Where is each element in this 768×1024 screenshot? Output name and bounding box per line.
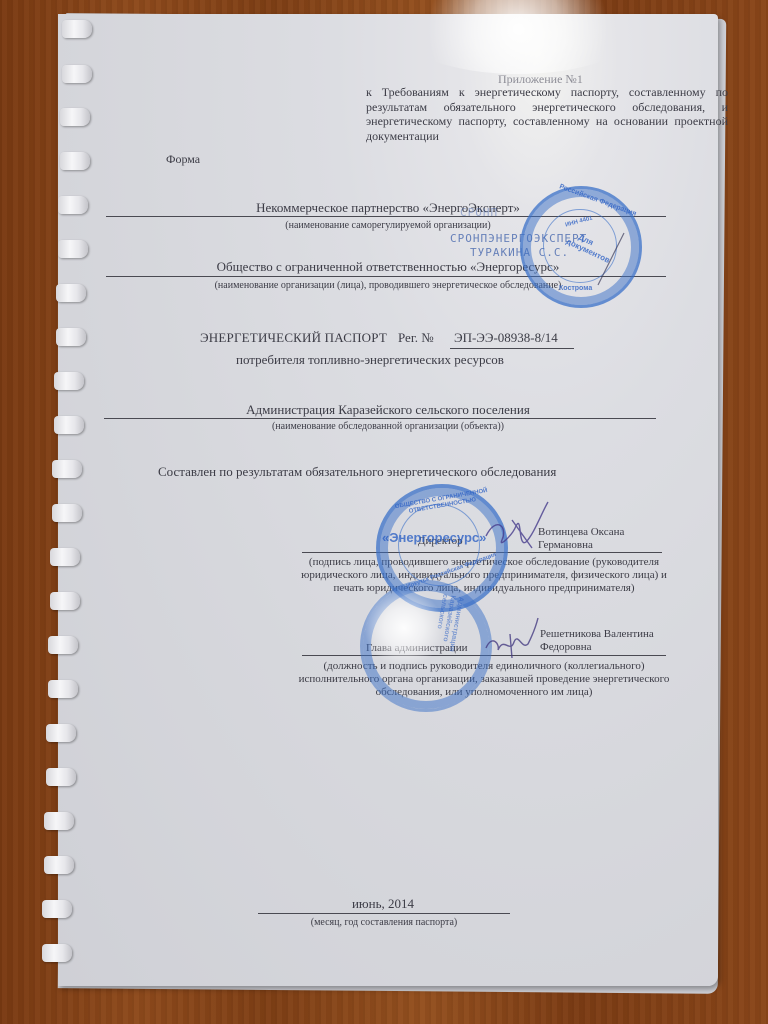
date-caption: (месяц, год составления паспорта) <box>258 917 510 928</box>
sro-seal-imprint-line1: СРОНП <box>460 206 498 219</box>
auditor-signature <box>482 496 552 556</box>
passport-title: ЭНЕРГЕТИЧЕСКИЙ ПАСПОРТ <box>200 330 387 346</box>
document-page: Приложение №1 к Требованиям к энергетиче… <box>58 14 718 986</box>
binding-ring <box>52 504 82 522</box>
binding-ring <box>48 636 78 654</box>
form-label: Форма <box>166 152 200 167</box>
binding-ring <box>62 20 92 38</box>
binding-ring <box>58 240 88 258</box>
binding-ring <box>56 284 86 302</box>
binding-ring <box>46 768 76 786</box>
binding-comb <box>40 14 76 994</box>
binding-ring <box>54 416 84 434</box>
binding-ring <box>46 724 76 742</box>
reg-number: ЭП-ЭЭ-08938-8/14 <box>454 330 558 346</box>
surveyed-org-underline <box>104 418 656 419</box>
date-underline <box>258 913 510 914</box>
passport-subtitle: потребителя топливно-энергетических ресу… <box>236 352 504 368</box>
client-name-line2: Федоровна <box>540 641 592 653</box>
client-signature <box>482 614 542 662</box>
surveyed-org-caption: (наименование обследованной организации … <box>108 421 668 432</box>
binding-ring <box>60 152 90 170</box>
binding-ring <box>52 460 82 478</box>
binding-ring <box>50 548 80 566</box>
reg-label: Рег. № <box>398 330 434 346</box>
binding-ring <box>48 680 78 698</box>
binding-ring <box>62 65 92 83</box>
binding-ring <box>50 592 80 610</box>
client-name-line1: Решетникова Валентина <box>540 628 654 640</box>
auditor-stamp-center-text: «Энергоресурс» <box>382 530 486 545</box>
binding-ring <box>42 900 72 918</box>
binding-ring <box>42 944 72 962</box>
sro-stamp-signature-stroke <box>588 229 628 289</box>
binding-ring <box>60 108 90 126</box>
binding-ring <box>54 372 84 390</box>
flash-glare <box>364 588 444 668</box>
reg-number-underline <box>450 348 574 349</box>
binding-ring <box>56 328 86 346</box>
surveyed-org-name: Администрация Каразейского сельского пос… <box>108 402 668 418</box>
basis-text: Составлен по результатам обязательного э… <box>158 464 556 480</box>
appendix-text: к Требованиям к энергетическому паспорту… <box>366 85 728 143</box>
binding-ring <box>58 196 88 214</box>
date-value: июнь, 2014 <box>258 896 508 912</box>
binding-ring <box>44 812 74 830</box>
binding-ring <box>44 856 74 874</box>
top-light-glare <box>398 0 638 74</box>
